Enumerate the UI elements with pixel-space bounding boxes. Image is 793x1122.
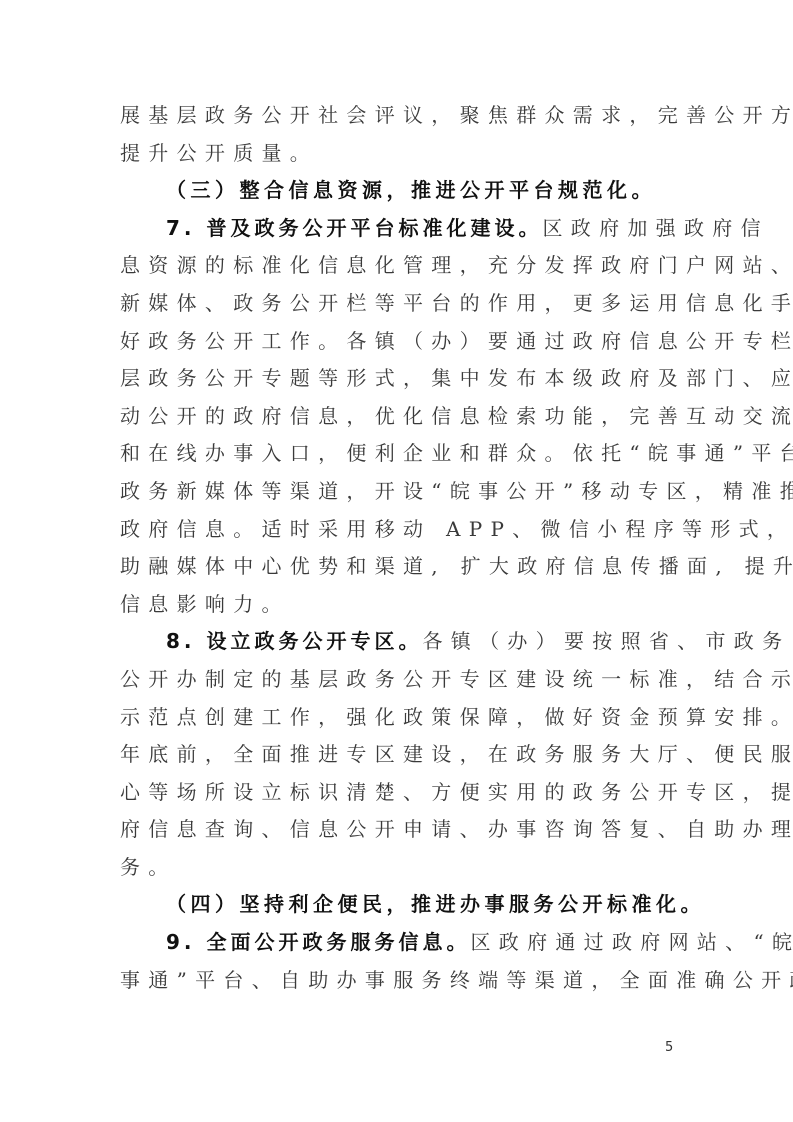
item-7-title: 7. 普及政务公开平台标准化建设。 [166,216,542,240]
section-heading-4: （四）坚持利企便民，推进办事服务公开标准化。 [120,886,676,924]
text-line: 信息影响力。 [120,586,676,624]
text-line: 政务新媒体等渠道，开设“皖事公开”移动专区，精准推送 [120,473,676,511]
item-8-title: 8. 设立政务公开专区。 [166,629,422,653]
text-line: 新媒体、政务公开栏等平台的作用，更多运用信息化手段做 [120,285,676,323]
text-line: 示范点创建工作，强化政策保障，做好资金预算安排。2021 [120,699,676,737]
text-line: 年底前，全面推进专区建设，在政务服务大厅、便民服务中 [120,736,676,774]
text-line: 和在线办事入口，便利企业和群众。依托“皖事通”平台、 [120,435,676,473]
text-line: 府信息查询、信息公开申请、办事咨询答复、自助办理等服 [120,811,676,849]
text-line: 务。 [120,849,676,887]
text-line: 提升公开质量。 [120,135,676,173]
text-line: 心等场所设立标识清楚、方便实用的政务公开专区，提供政 [120,774,676,812]
text-line: 事通”平台、自助办事服务终端等渠道，全面准确公开政务 [120,962,676,1000]
item-7-text: 区政府加强政府信 [542,216,768,240]
page-number: 5 [665,1040,673,1055]
text-line: 助融媒体中心优势和渠道, 扩大政府信息传播面, 提升政府 [120,548,676,586]
item-7-first-line: 7. 普及政务公开平台标准化建设。区政府加强政府信 [120,210,676,248]
item-9-text: 区政府通过政府网站、“皖 [470,930,793,954]
item-9-title: 9. 全面公开政务服务信息。 [166,930,470,954]
document-body: 展基层政务公开社会评议，聚焦群众需求，完善公开方式， 提升公开质量。 （三）整合… [120,97,676,999]
item-8-text: 各镇（办）要按照省、市政务 [422,629,790,653]
item-9-first-line: 9. 全面公开政务服务信息。区政府通过政府网站、“皖 [120,924,676,962]
section-heading-3: （三）整合信息资源，推进公开平台规范化。 [120,172,676,210]
text-line: 动公开的政府信息，优化信息检索功能，完善互动交流入口 [120,398,676,436]
document-page: 展基层政务公开社会评议，聚焦群众需求，完善公开方式， 提升公开质量。 （三）整合… [0,0,793,1122]
text-line: 政府信息。适时采用移动 APP、微信小程序等形式，积极借 [120,511,676,549]
text-line: 展基层政务公开社会评议，聚焦群众需求，完善公开方式， [120,97,676,135]
text-line: 息资源的标准化信息化管理，充分发挥政府门户网站、政务 [120,247,676,285]
text-line: 好政务公开工作。各镇（办）要通过政府信息公开专栏和基 [120,323,676,361]
text-line: 层政务公开专题等形式，集中发布本级政府及部门、应当主 [120,360,676,398]
item-8-first-line: 8. 设立政务公开专区。各镇（办）要按照省、市政务 [120,623,676,661]
text-line: 公开办制定的基层政务公开专区建设统一标准，结合示范区、 [120,661,676,699]
